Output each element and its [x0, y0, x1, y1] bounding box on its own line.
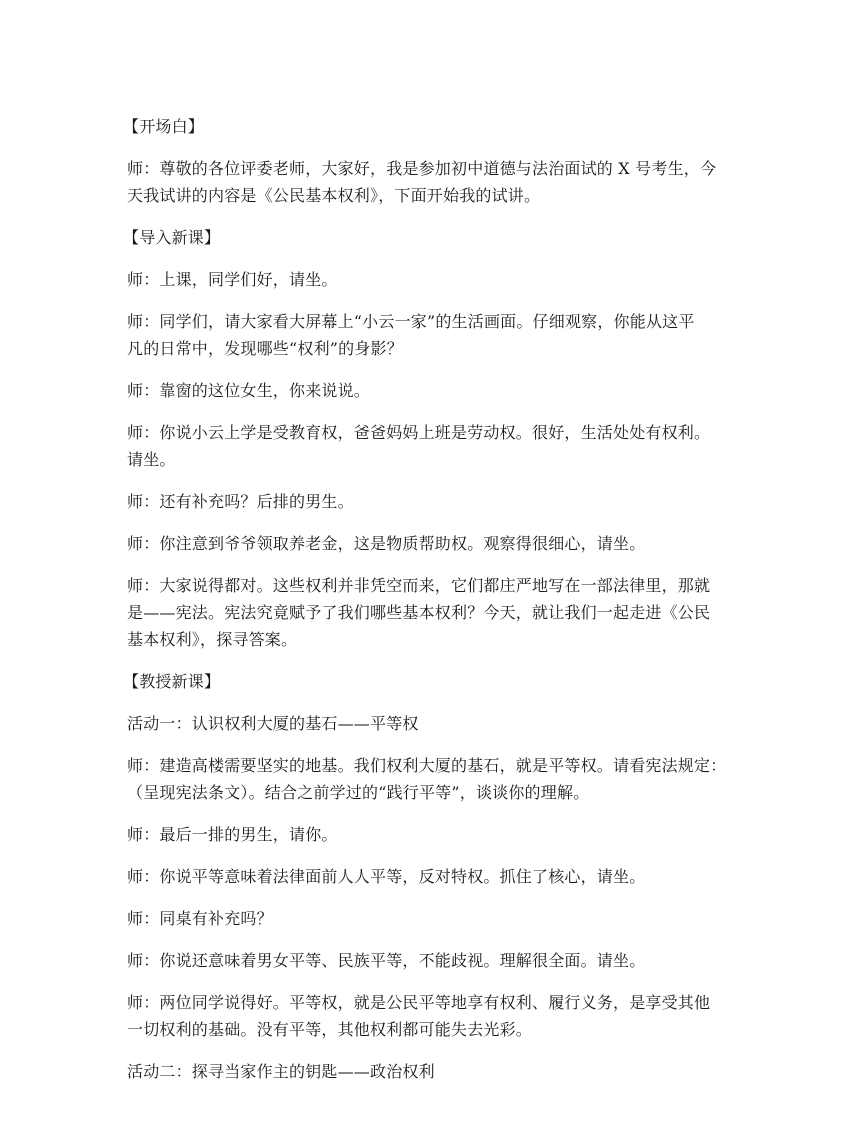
paragraph: 师：你说还意味着男女平等、民族平等，不能歧视。理解很全面。请坐。 [127, 947, 747, 974]
paragraph: 师：建造高楼需要坚实的地基。我们权利大厦的基石，就是平等权。请看宪法规定： （呈… [127, 752, 747, 806]
paragraph-line: 是——宪法。宪法究竟赋予了我们哪些基本权利？今天，就让我们一起走进《公民 [127, 599, 747, 626]
heading-text: 【导入新课】 [123, 224, 747, 251]
paragraph: 师：尊敬的各位评委老师，大家好，我是参加初中道德与法治面试的 X 号考生，今 天… [127, 155, 747, 209]
document-page: 【开场白】 师：尊敬的各位评委老师，大家好，我是参加初中道德与法治面试的 X 号… [127, 113, 747, 1100]
activity-title: 活动一：认识权利大厦的基石——平等权 [127, 710, 747, 737]
paragraph-line: 师：还有补充吗？后排的男生。 [127, 488, 747, 515]
paragraph-line: 师：同桌有补充吗？ [127, 905, 747, 932]
section-heading-teaching: 【教授新课】 [127, 668, 747, 695]
paragraph: 师：靠窗的这位女生，你来说说。 [127, 377, 747, 404]
paragraph-line: 凡的日常中，发现哪些“权利”的身影？ [127, 335, 747, 362]
paragraph: 师：你说小云上学是受教育权，爸爸妈妈上班是劳动权。很好，生活处处有权利。 请坐。 [127, 419, 747, 473]
paragraph: 师：你说平等意味着法律面前人人平等，反对特权。抓住了核心，请坐。 [127, 863, 747, 890]
paragraph-line: 师：建造高楼需要坚实的地基。我们权利大厦的基石，就是平等权。请看宪法规定： [127, 752, 747, 779]
paragraph-line: 基本权利》，探寻答案。 [127, 626, 747, 653]
paragraph-line: 师：你说还意味着男女平等、民族平等，不能歧视。理解很全面。请坐。 [127, 947, 747, 974]
paragraph-line: （呈现宪法条文）。结合之前学过的“践行平等”，谈谈你的理解。 [127, 779, 747, 806]
paragraph-line: 师：最后一排的男生，请你。 [127, 821, 747, 848]
heading-text: 【教授新课】 [123, 668, 747, 695]
heading-text: 【开场白】 [123, 113, 747, 140]
paragraph-line: 师：你说小云上学是受教育权，爸爸妈妈上班是劳动权。很好，生活处处有权利。 [127, 419, 747, 446]
paragraph-line: 师：两位同学说得好。平等权，就是公民平等地享有权利、履行义务，是享受其他 [127, 989, 747, 1016]
paragraph: 师：你注意到爷爷领取养老金，这是物质帮助权。观察得很细心，请坐。 [127, 530, 747, 557]
paragraph: 师：同学们，请大家看大屏幕上“小云一家”的生活画面。仔细观察，你能从这平 凡的日… [127, 308, 747, 362]
paragraph-line: 天我试讲的内容是《公民基本权利》，下面开始我的试讲。 [127, 182, 747, 209]
paragraph: 师：同桌有补充吗？ [127, 905, 747, 932]
paragraph-line: 活动一：认识权利大厦的基石——平等权 [127, 710, 747, 737]
paragraph-line: 师：你注意到爷爷领取养老金，这是物质帮助权。观察得很细心，请坐。 [127, 530, 747, 557]
section-heading-opening: 【开场白】 [127, 113, 747, 140]
paragraph-line: 师：尊敬的各位评委老师，大家好，我是参加初中道德与法治面试的 X 号考生，今 [127, 155, 747, 182]
section-heading-intro: 【导入新课】 [127, 224, 747, 251]
paragraph: 师：最后一排的男生，请你。 [127, 821, 747, 848]
paragraph: 师：大家说得都对。这些权利并非凭空而来，它们都庄严地写在一部法律里，那就 是——… [127, 572, 747, 653]
paragraph-line: 师：上课，同学们好，请坐。 [127, 266, 747, 293]
paragraph-line: 师：同学们，请大家看大屏幕上“小云一家”的生活画面。仔细观察，你能从这平 [127, 308, 747, 335]
activity-title: 活动二：探寻当家作主的钥匙——政治权利 [127, 1058, 747, 1085]
paragraph-line: 活动二：探寻当家作主的钥匙——政治权利 [127, 1058, 747, 1085]
paragraph: 师：还有补充吗？后排的男生。 [127, 488, 747, 515]
paragraph-line: 师：你说平等意味着法律面前人人平等，反对特权。抓住了核心，请坐。 [127, 863, 747, 890]
paragraph-line: 师：靠窗的这位女生，你来说说。 [127, 377, 747, 404]
paragraph: 师：两位同学说得好。平等权，就是公民平等地享有权利、履行义务，是享受其他 一切权… [127, 989, 747, 1043]
paragraph-line: 请坐。 [127, 446, 747, 473]
paragraph: 师：上课，同学们好，请坐。 [127, 266, 747, 293]
paragraph-line: 一切权利的基础。没有平等，其他权利都可能失去光彩。 [127, 1016, 747, 1043]
paragraph-line: 师：大家说得都对。这些权利并非凭空而来，它们都庄严地写在一部法律里，那就 [127, 572, 747, 599]
